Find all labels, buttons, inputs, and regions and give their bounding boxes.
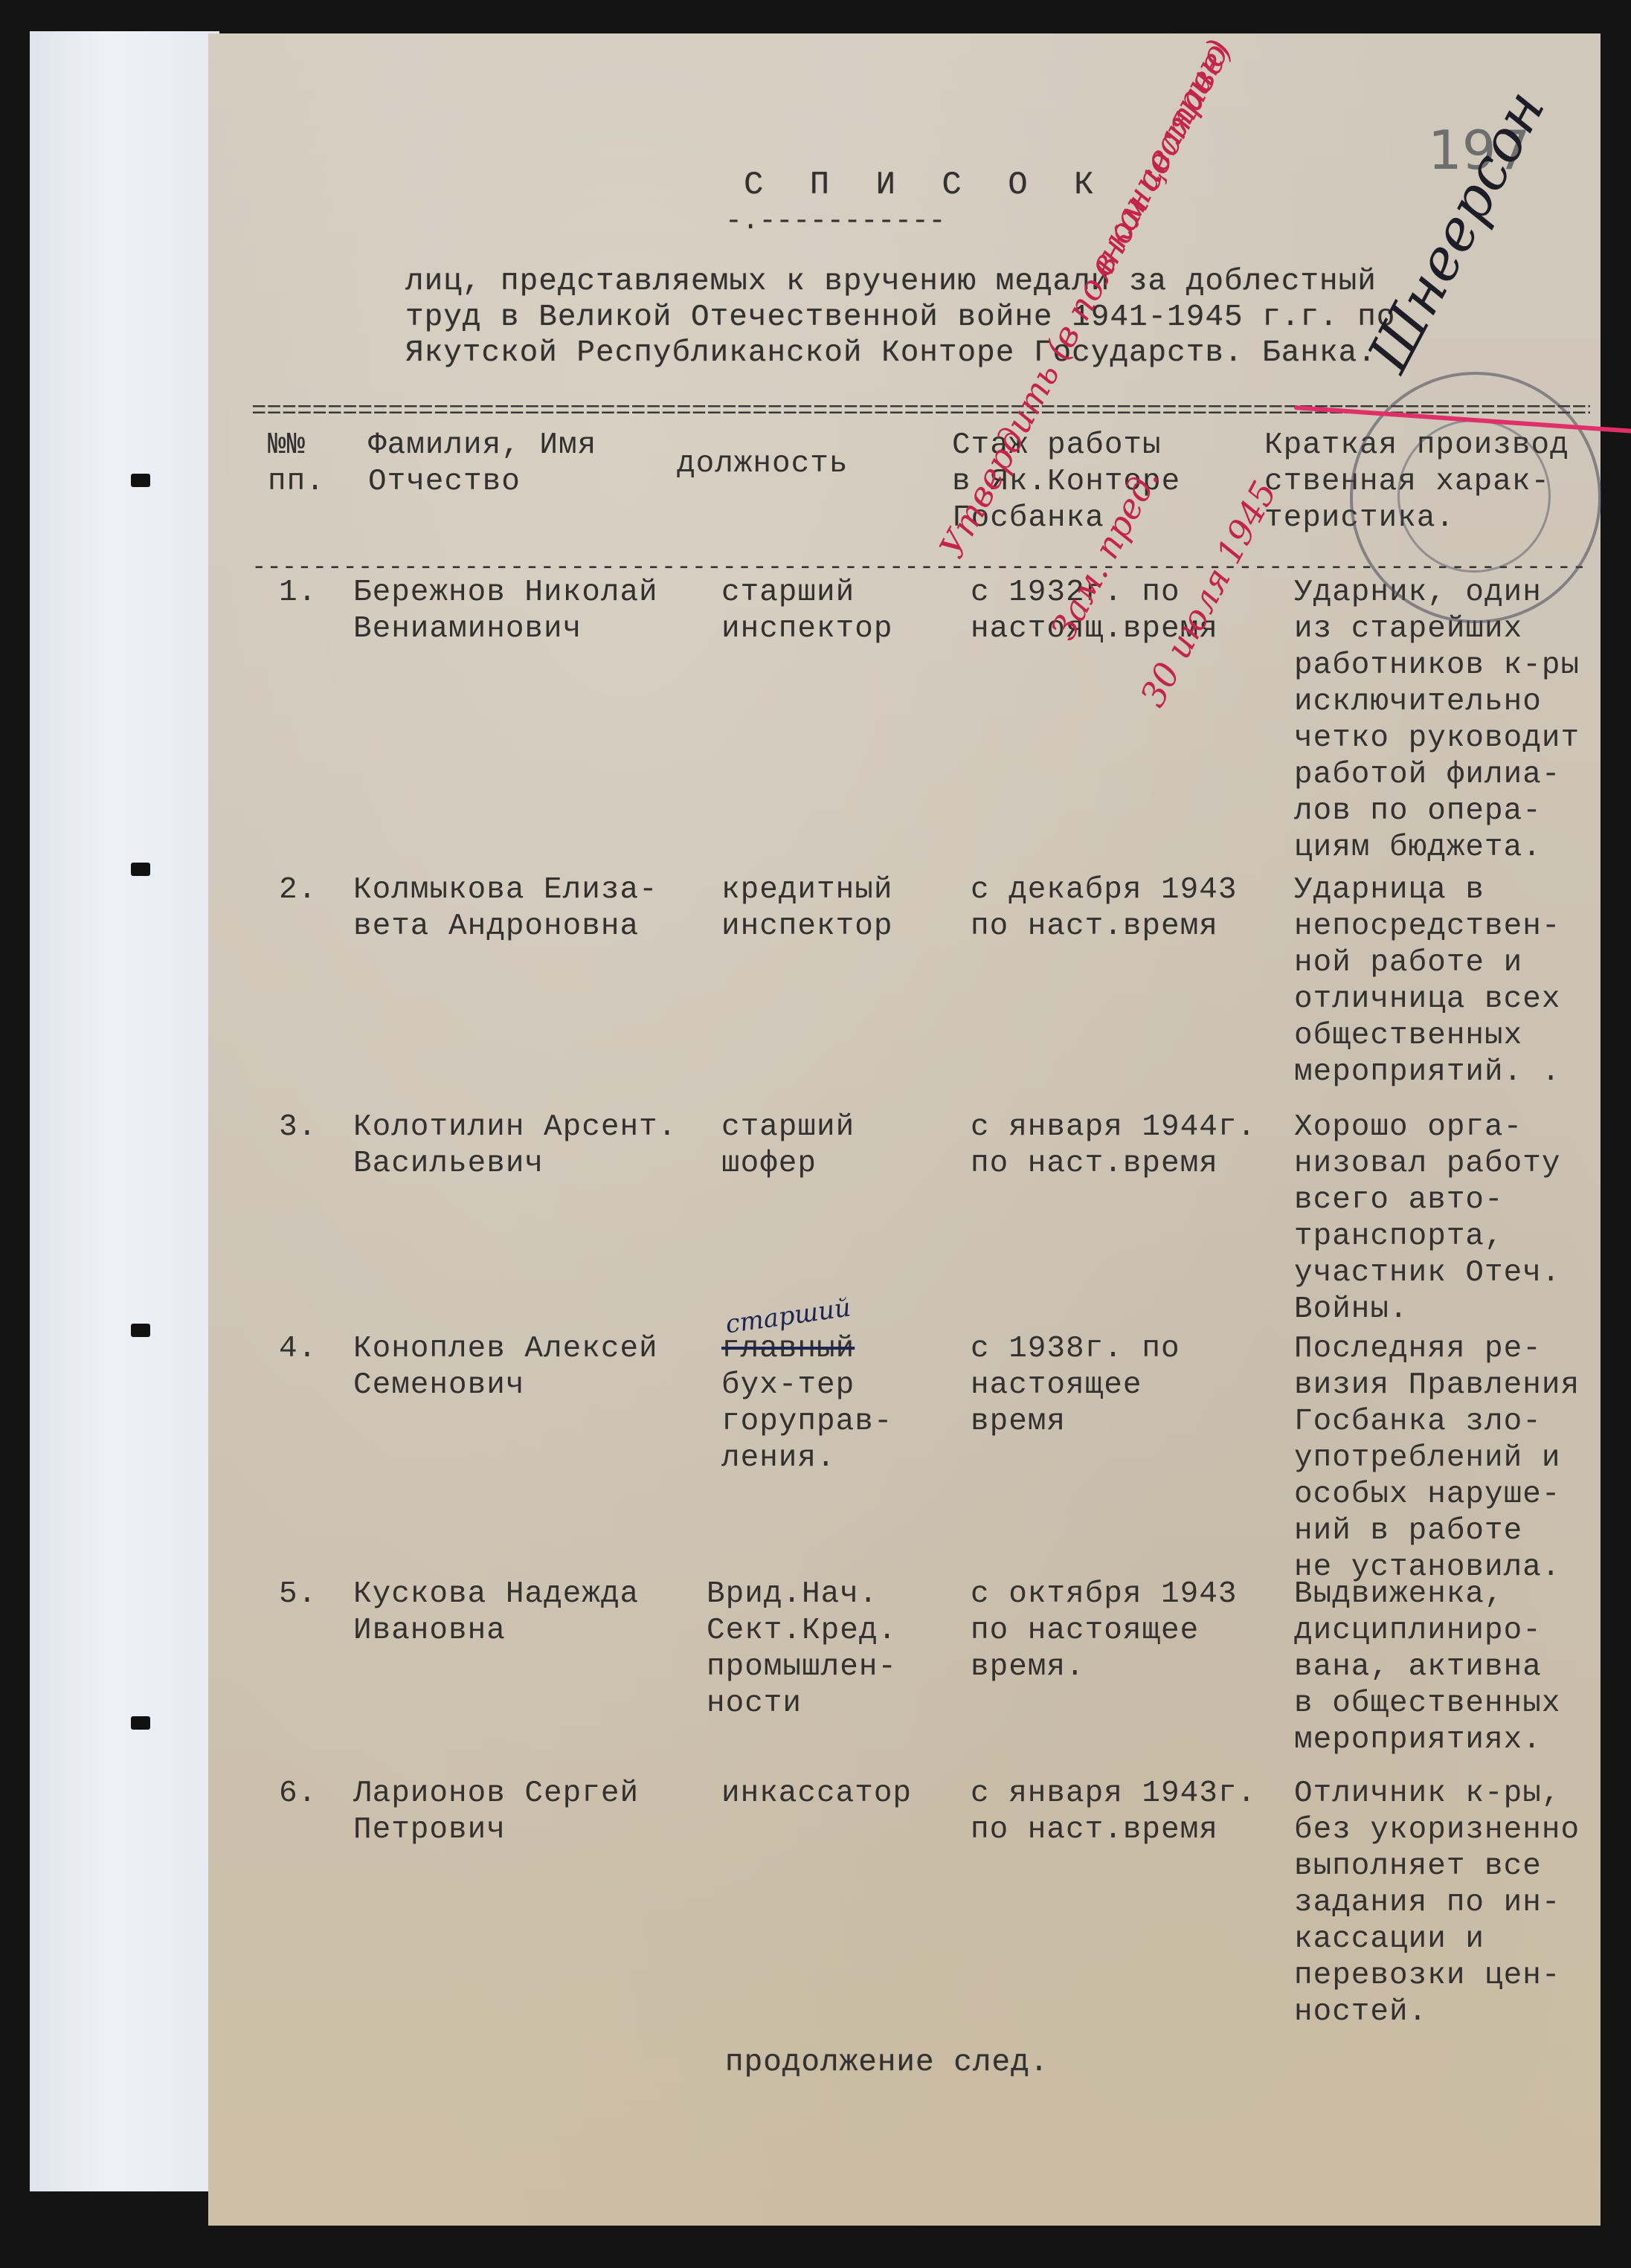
official-stamp (1350, 372, 1601, 623)
title-underline: -.----------- (725, 203, 945, 239)
row-tenure: с декабря 1943 по наст.время (971, 872, 1237, 945)
row-name: Колотилин Арсент. Васильевич (353, 1109, 677, 1182)
row-characteristic: Выдвиженка, дисциплиниро- вана, активна … (1294, 1576, 1560, 1759)
row-position: кредитный инспектор (721, 872, 892, 945)
row-position: старший шофер (721, 1109, 855, 1182)
row-name: Колмыкова Елиза- вета Андроновна (353, 872, 658, 945)
subtitle-line-1: лиц, представляемых к вручению медали за… (405, 264, 1377, 300)
row-num: 5. (279, 1576, 317, 1613)
row-name: Ларионов Сергей Петрович (353, 1776, 639, 1849)
row-position: Врид.Нач. Сект.Кред. промышлен- ности (707, 1576, 897, 1722)
row-name: Коноплев Алексей Семенович (353, 1331, 658, 1404)
binding-hole (131, 1324, 150, 1337)
row-position: бух-тер горуправ- ления. (721, 1367, 892, 1477)
col-header-num: №№ пп. (268, 428, 325, 500)
row-tenure: с января 1943г. по наст.время (971, 1776, 1256, 1849)
row-name: Кускова Надежда Ивановна (353, 1576, 639, 1649)
subtitle-line-2: труд в Великой Отечественной войне 1941-… (405, 300, 1395, 336)
subtitle-line-3: Якутской Республиканской Конторе Государ… (405, 335, 1377, 372)
binding-strip (30, 31, 219, 2191)
binding-hole (131, 863, 150, 876)
row-tenure: с января 1944г. по наст.время (971, 1109, 1256, 1182)
row-characteristic: Отличник к-ры, без укоризненно выполняет… (1294, 1776, 1580, 2031)
col-header-position: должность (677, 446, 848, 483)
row-position: старший инспектор (721, 575, 892, 648)
row-num: 2. (279, 872, 317, 909)
row-position: инкассатор (721, 1776, 912, 1812)
document-page: 197 С П И С О К -.----------- лиц, предс… (208, 33, 1601, 2226)
binding-hole (131, 1716, 150, 1730)
row-characteristic: Ударница в непосредствен- ной работе и о… (1294, 872, 1560, 1091)
col-header-name: Фамилия, Имя Отчество (368, 428, 596, 500)
row-tenure: с 1938г. по настоящее время (971, 1331, 1180, 1440)
row-characteristic: Ударник, один из старейших работников к-… (1294, 575, 1580, 866)
row-num: 4. (279, 1331, 317, 1367)
row-num: 1. (279, 575, 317, 611)
row-characteristic: Последняя ре- визия Правления Госбанка з… (1294, 1331, 1580, 1586)
row-characteristic: Хорошо орга- низовал работу всего авто- … (1294, 1109, 1560, 1328)
struck-position: главный (721, 1331, 855, 1367)
continuation-note: продолжение след. (725, 2045, 1049, 2081)
document-title: С П И С О К (744, 167, 1107, 204)
row-name: Бережнов Николай Вениаминович (353, 575, 658, 648)
row-tenure: с октября 1943 по настоящее время. (971, 1576, 1237, 1686)
row-num: 3. (279, 1109, 317, 1146)
row-num: 6. (279, 1776, 317, 1812)
binding-hole (131, 474, 150, 487)
